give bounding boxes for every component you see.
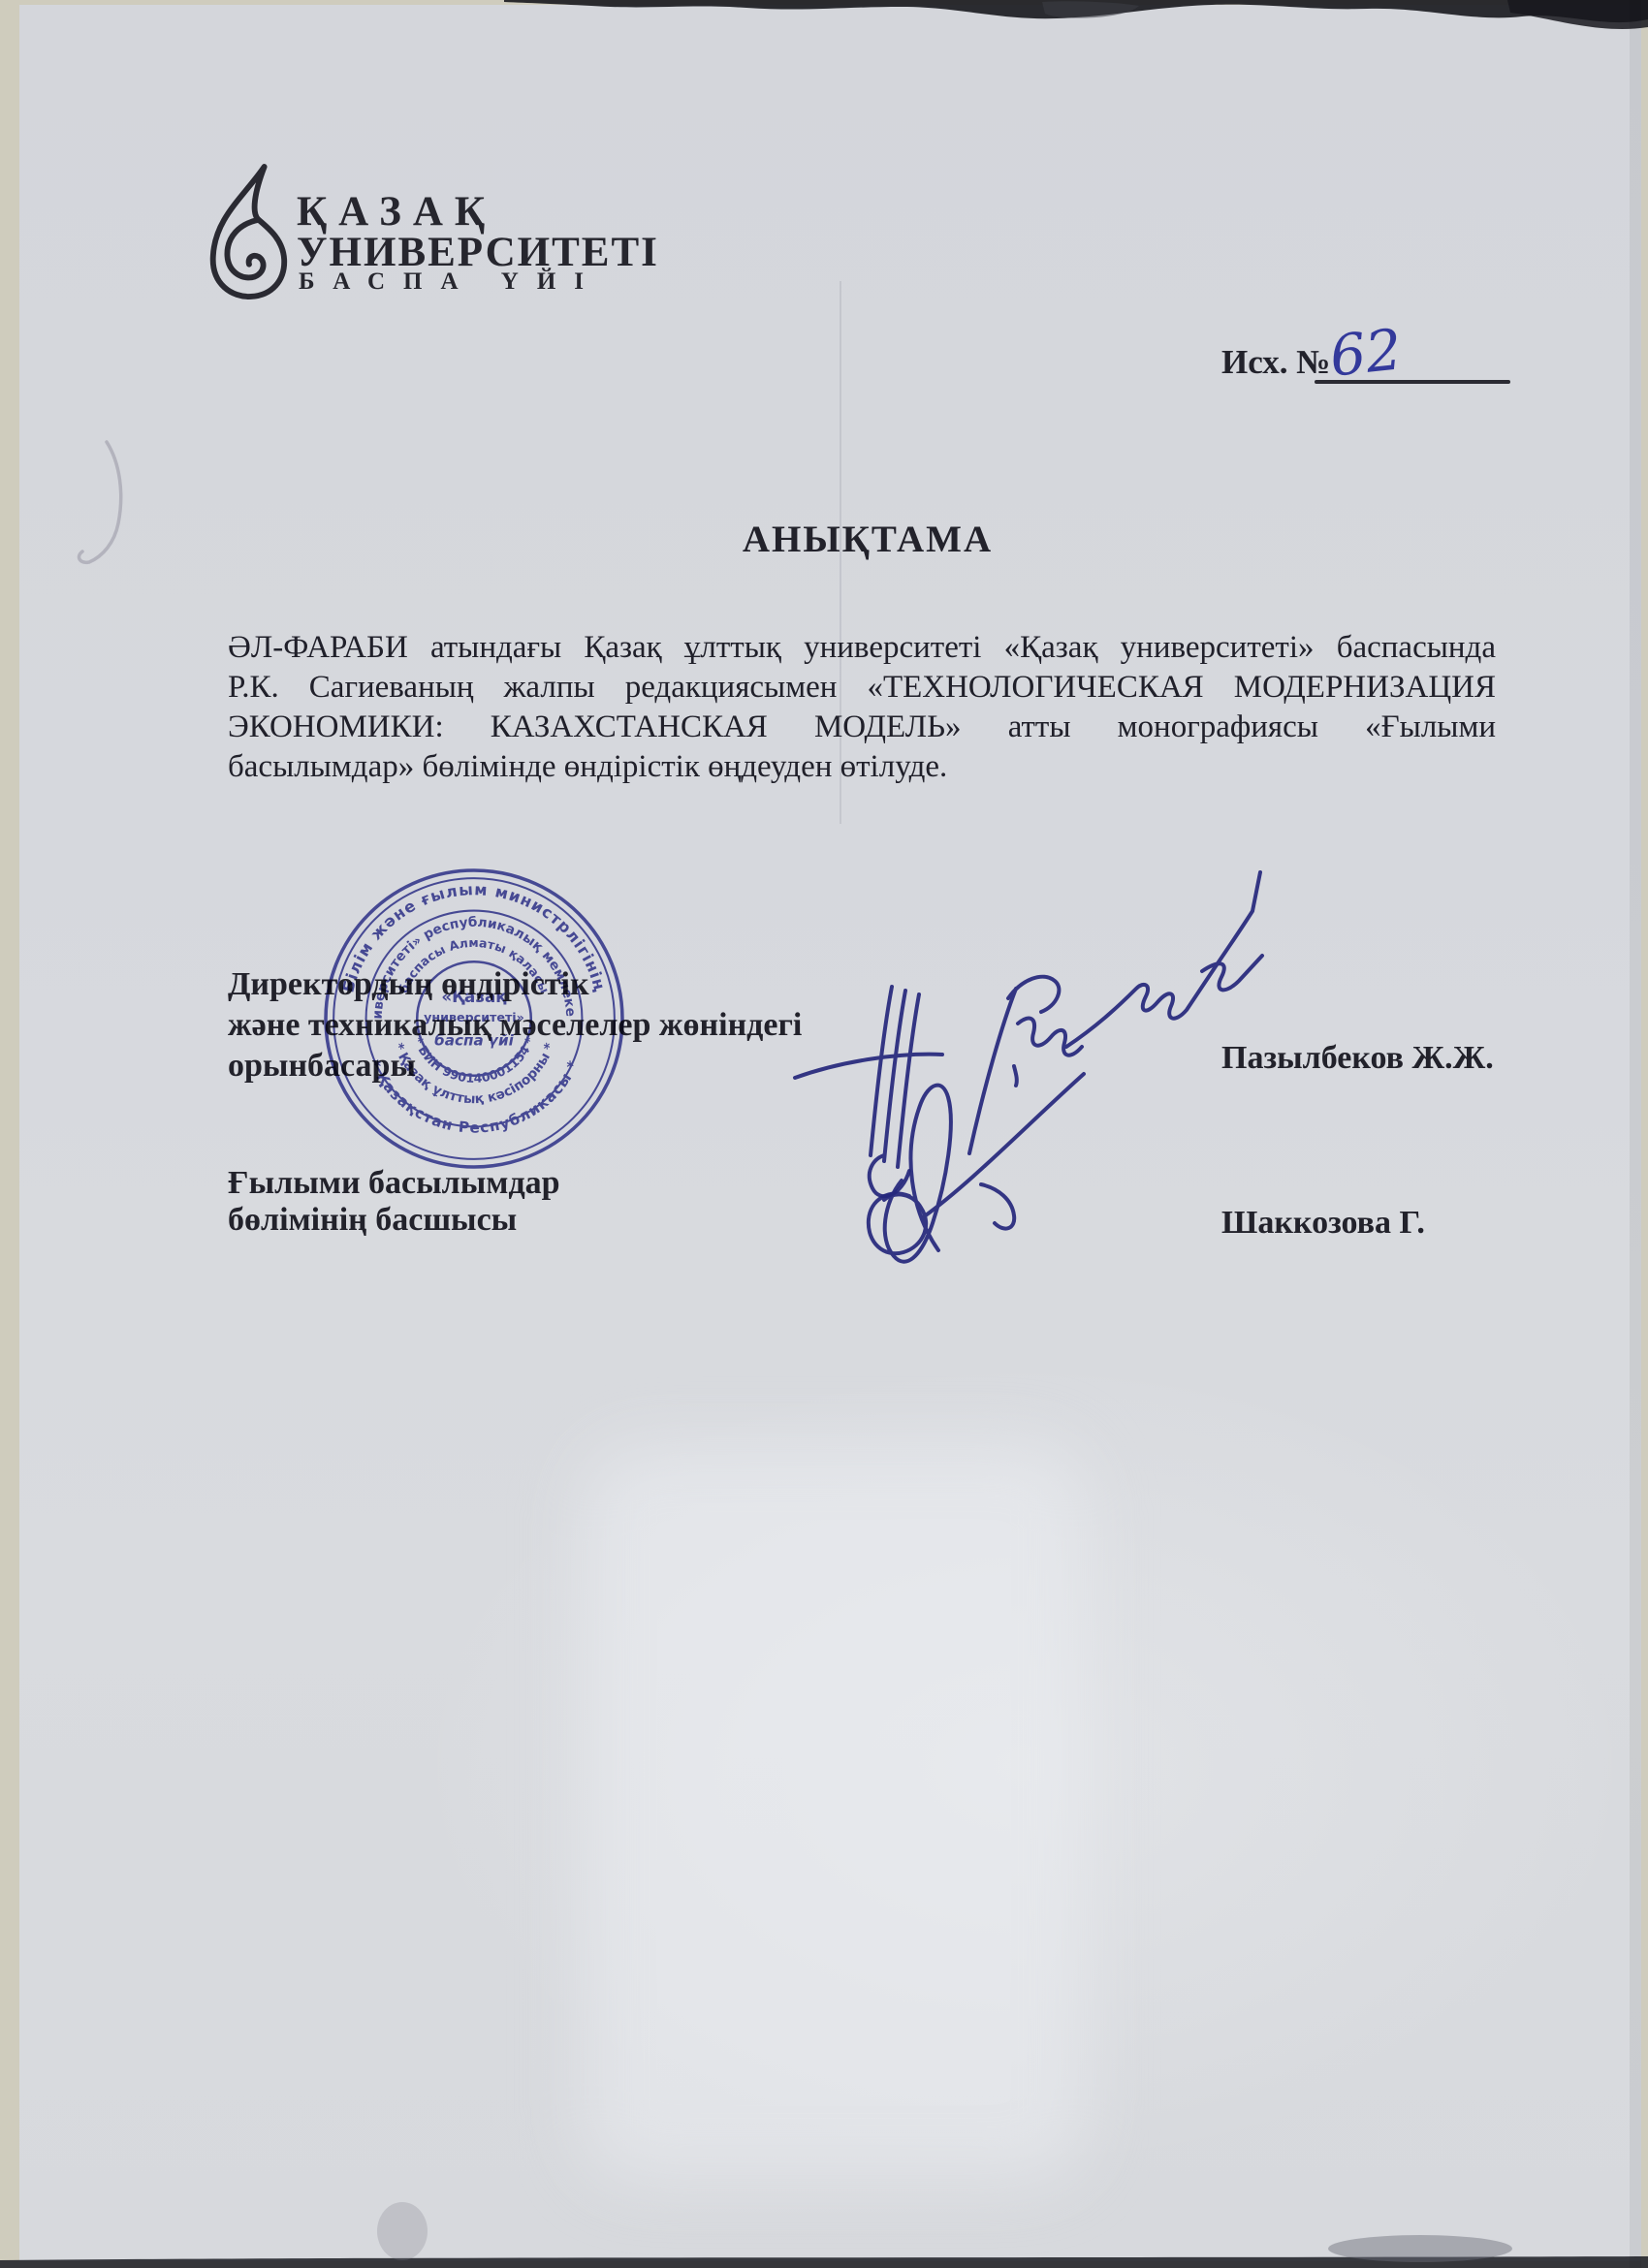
scanned-letter-page: { "colors": { "paper": "#d6d8dd", "scan_… [0, 0, 1648, 2268]
body-line: ӘЛ-ФАРАБИ атындағы Қазақ ұлттық универси… [228, 628, 1496, 668]
signature1-pazylbekov [795, 872, 1262, 1196]
outgoing-number-handwritten: 62 [1327, 316, 1406, 389]
publisher-logo-swan-icon [206, 163, 291, 300]
signatory2-role-line: бөлімінің басшысы [228, 1202, 560, 1239]
handwritten-signatures [776, 832, 1299, 1287]
official-round-stamp: Білім және ғылым министрлігінің * Қазақс… [324, 868, 624, 1169]
pencil-crease-mark [56, 425, 163, 589]
body-line: басылымдар» бөлімінде өндірістік өңдеуде… [228, 747, 1496, 787]
signature2-shakkozova [869, 1074, 1084, 1262]
signatory2-role: Ғылыми басылымдар бөлімінің басшысы [228, 1165, 560, 1239]
stamp-center-line3: баспа үйі [434, 1031, 514, 1049]
stamp-center-line2: университеті» [424, 1010, 524, 1024]
paper-showthrough-patch [582, 1444, 1086, 2181]
signatory2-role-line: Ғылыми басылымдар [228, 1165, 560, 1202]
scan-edge-top-artifact [0, 0, 1648, 39]
publisher-subtitle: БАСПА ҮЙІ [299, 268, 602, 296]
stamp-center-line1: «Қазақ [441, 987, 507, 1006]
body-line: ЭКОНОМИКИ: КАЗАХСТАНСКАЯ МОДЕЛЬ» атты мо… [228, 708, 1496, 747]
scan-edge-right-shade [1630, 0, 1641, 2268]
outgoing-number-label: Исх. № [1221, 343, 1330, 382]
document-title: АНЫҚТАМА [0, 518, 1648, 561]
scan-edge-bottom-artifact [0, 2198, 1648, 2268]
body-paragraph: ӘЛ-ФАРАБИ атындағы Қазақ ұлттық универси… [228, 628, 1496, 787]
body-line: Р.К. Сагиеваның жалпы редакциясымен «ТЕХ… [228, 668, 1496, 708]
